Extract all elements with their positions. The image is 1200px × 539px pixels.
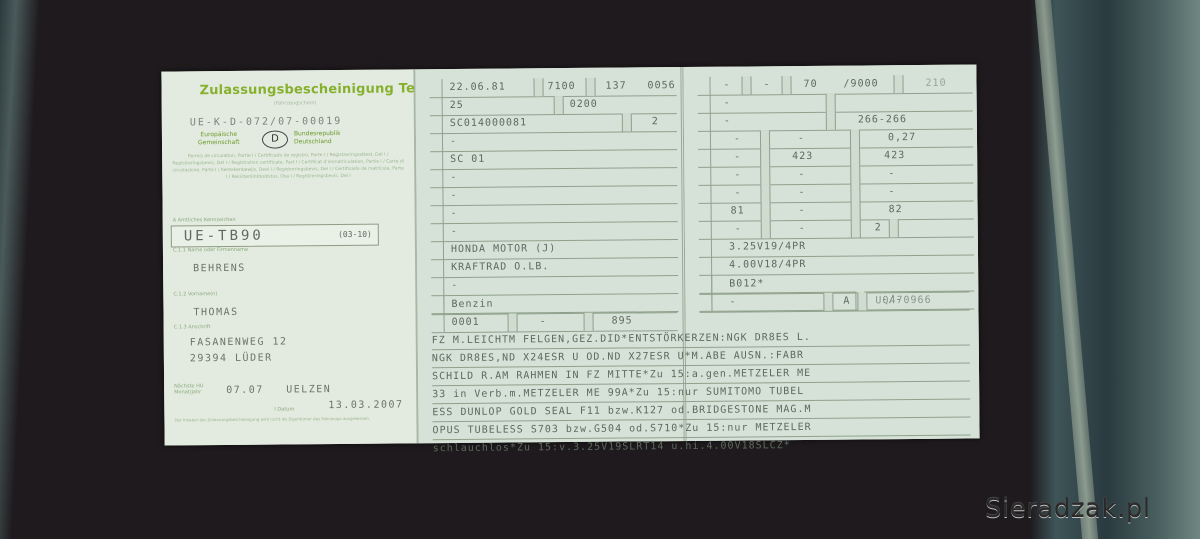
country-label: Bundesrepublik Deutschland (294, 130, 341, 146)
document-subtitle: (Fahrzeugschein) (274, 100, 317, 106)
street: FASANENWEG 12 (190, 336, 288, 348)
document-title: Zulassungsbescheinigung Teil I (199, 81, 434, 98)
address-label: C.1.3 Anschrift (174, 324, 211, 330)
document-number: UE-K-D-072/07-00019 (190, 116, 342, 128)
manufacturer: HONDA MOTOR (J) (451, 243, 556, 255)
city: 29394 LÜDER (190, 353, 273, 365)
front-tire: 3.25V19/4PR (729, 241, 806, 253)
plate-label: A Amtliches Kennzeichen (173, 217, 236, 224)
remarks-section: Benzin 0001 - 895 B012* - A UQ470966 FZ … (418, 310, 971, 440)
issue-date: 13.03.2007 (328, 399, 403, 411)
multilanguage-title-text: Permis de circulation, Partie I / Certif… (172, 151, 404, 181)
eu-label: Europäische Gemeinschaft (198, 131, 240, 147)
authority: UELZEN (286, 384, 331, 395)
rear-tire: 4.00V18/4PR (729, 259, 806, 271)
surname-label: C.1.1 Name oder Firmenname (173, 247, 248, 254)
plate-code: (03-10) (338, 230, 372, 239)
firstname-label: C.1.2 Vorname(n) (173, 291, 217, 297)
date-label: I Datum (274, 406, 294, 412)
license-plate-box: UE-TB90 (03-10) (171, 224, 379, 248)
next-inspection: 07.07 (226, 385, 264, 396)
footer-note: Der Inhaber der Zulassungsbescheinigung … (174, 415, 404, 423)
registration-certificate: Zulassungsbescheinigung Teil I (Fahrzeug… (161, 64, 979, 445)
next-inspection-label: Nächste HU Monat/Jahr (174, 383, 214, 395)
remarks-line: schlauchlos*Zu 15:v.3.25V19SLRT14 u.hi.4… (433, 436, 971, 459)
table-row: - A UQ470966 (699, 292, 969, 313)
certificate-left-panel: Zulassungsbescheinigung Teil I (Fahrzeug… (161, 69, 418, 445)
surname: BEHRENS (193, 263, 246, 274)
color-code: B012* (729, 278, 764, 289)
license-plate: UE-TB90 (184, 228, 264, 245)
watermark: Sieradzak.pl (985, 494, 1150, 524)
fuel-type: Benzin (451, 299, 493, 310)
firstname: THOMAS (193, 307, 238, 318)
vehicle-type: KRAFTRAD O.LB. (451, 261, 549, 273)
background-left-edge (0, 0, 40, 539)
country-code-oval: D (262, 130, 288, 148)
